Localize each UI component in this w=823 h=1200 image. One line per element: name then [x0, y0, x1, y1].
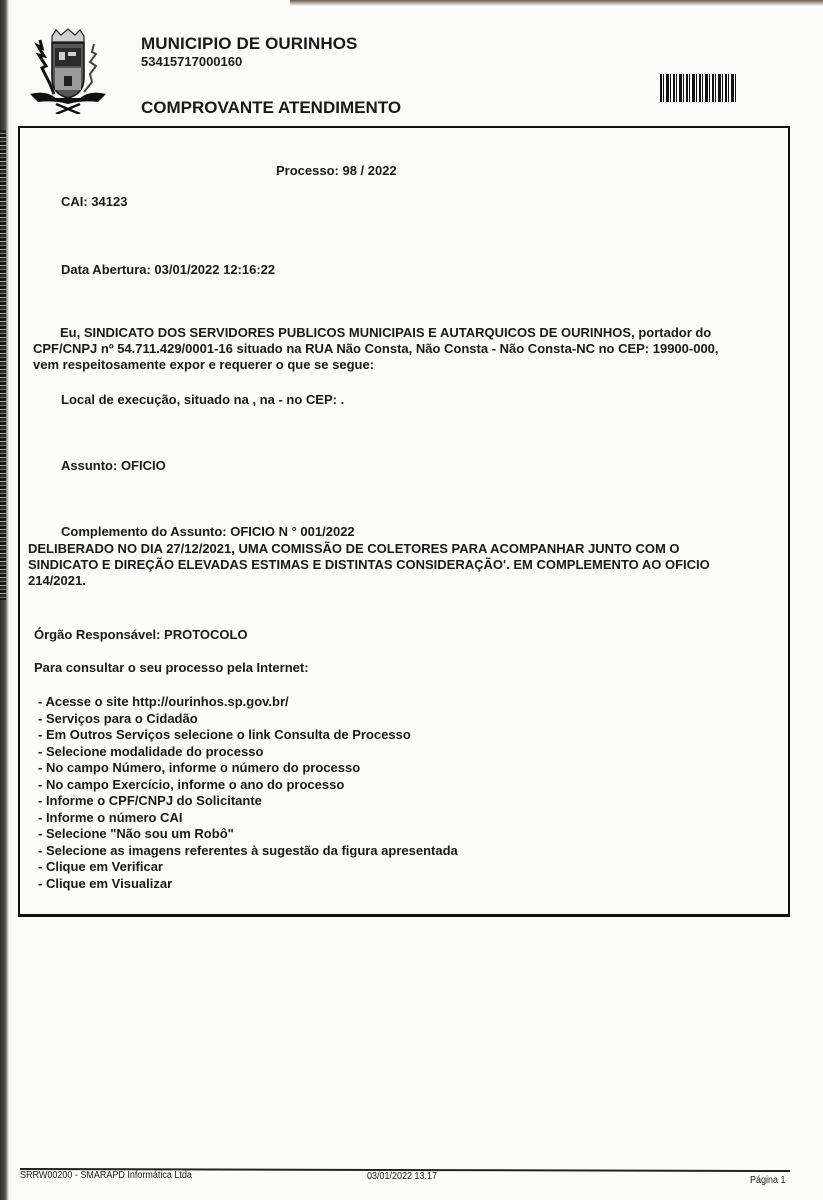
online-query-steps: - Acesse o site http://ourinhos.sp.gov.b…	[38, 694, 458, 892]
step-item: - Selecione modalidade do processo	[38, 744, 458, 761]
step-item: - Informe o número CAI	[38, 810, 458, 827]
barcode-icon	[660, 74, 736, 102]
requester-paragraph: Eu, SINDICATO DOS SERVIDORES PUBLICOS MU…	[33, 325, 719, 373]
subject-complement-text: DELIBERADO NO DIA 27/12/2021, UMA COMISS…	[28, 541, 710, 589]
step-item: - Selecione as imagens referentes à suge…	[38, 843, 458, 860]
step-item: - Em Outros Serviços selecione o link Co…	[38, 727, 458, 744]
scan-shadow	[290, 0, 823, 6]
requester-line: Eu, SINDICATO DOS SERVIDORES PUBLICOS MU…	[33, 325, 719, 341]
step-item: - No campo Número, informe o número do p…	[38, 760, 458, 777]
execution-location: Local de execução, situado na , na - no …	[61, 392, 344, 407]
municipality-name: MUNICIPIO DE OURINHOS	[141, 34, 358, 54]
step-item: - Selecione "Não sou um Robô"	[38, 826, 458, 843]
footer-timestamp: 03/01/2022 13.17	[367, 1171, 437, 1182]
footer-page-number: Página 1	[750, 1175, 786, 1186]
subject-complement-label: Complemento do Assunto: OFICIO N ° 001/2…	[61, 524, 355, 539]
opening-date: Data Abertura: 03/01/2022 12:16:22	[61, 262, 275, 277]
step-item: - Clique em Visualizar	[38, 876, 458, 893]
requester-line: CPF/CNPJ nº 54.711.429/0001-16 situado n…	[33, 341, 719, 357]
coat-of-arms-icon	[26, 28, 110, 114]
complement-line: 214/2021.	[28, 573, 710, 589]
complement-line: DELIBERADO NO DIA 27/12/2021, UMA COMISS…	[28, 541, 710, 557]
footer-system: SRRW00200 - SMARAPD Informática Ltda	[20, 1170, 192, 1181]
document-title: COMPROVANTE ATENDIMENTO	[141, 98, 401, 118]
step-item: - Clique em Verificar	[38, 859, 458, 876]
subject: Assunto: OFICIO	[61, 458, 166, 473]
cai-number: CAI: 34123	[61, 194, 127, 209]
scan-side-strip	[0, 130, 6, 600]
municipality-cnpj: 53415717000160	[141, 54, 242, 69]
step-item: - Serviços para o Cidadão	[38, 711, 458, 728]
responsible-department: Órgão Responsável: PROTOCOLO	[34, 627, 248, 642]
online-query-title: Para consultar o seu processo pela Inter…	[34, 660, 309, 675]
process-number: Processo: 98 / 2022	[276, 163, 397, 178]
requester-line: vem respeitosamente expor e requerer o q…	[33, 357, 719, 373]
complement-line: SINDICATO E DIREÇÃO ELEVADAS ESTIMAS E D…	[28, 557, 710, 573]
step-item: - No campo Exercício, informe o ano do p…	[38, 777, 458, 794]
step-item: - Informe o CPF/CNPJ do Solicitante	[38, 793, 458, 810]
step-item: - Acesse o site http://ourinhos.sp.gov.b…	[38, 694, 458, 711]
